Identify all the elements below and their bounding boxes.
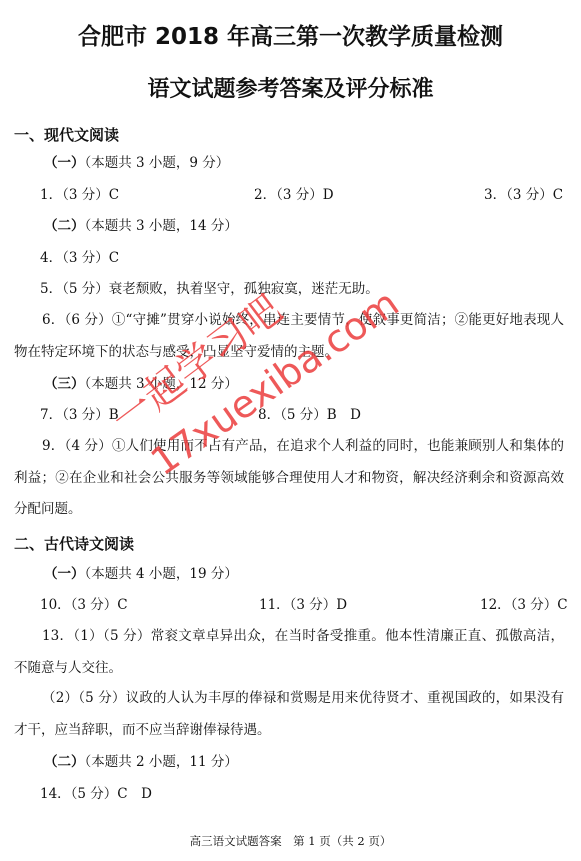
answer-3: 3．（3 分）C [484, 187, 563, 203]
part-label: （一） [44, 155, 85, 171]
answer-14: 14．（5 分）C D [40, 786, 152, 802]
answer-13-2: （2）（5 分）议政的人认为丰厚的俸禄和赏赐是用来优待贤才、重视国政的，如果没有… [14, 683, 564, 746]
answer-7: 7．（3 分）B [40, 407, 119, 423]
part-info: （本题共 2 小题，11 分） [85, 754, 238, 770]
answer-4: 4．（3 分）C [40, 250, 119, 266]
section-heading-modern-reading: 一、现代文阅读 [14, 124, 119, 145]
part-header: （一）（本题共 3 小题，9 分） [44, 155, 229, 171]
part-info: （本题共 4 小题，19 分） [85, 566, 238, 582]
answer-2: 2．（3 分）D [254, 187, 334, 203]
answer-11: 11．（3 分）D [259, 597, 347, 613]
part-label: （二） [44, 754, 85, 770]
page-footer: 高三语文试题答案 第 1 页（共 2 页） [0, 833, 581, 849]
part-label: （一） [44, 566, 85, 582]
answer-12: 12．（3 分）C [480, 597, 568, 613]
answer-5: 5．（5 分）衰老颓败，执着坚守，孤独寂寞，迷茫无助。 [40, 281, 379, 297]
part-info: （本题共 3 小题，14 分） [85, 218, 238, 234]
part-header: （一）（本题共 4 小题，19 分） [44, 566, 238, 582]
document-subtitle: 语文试题参考答案及评分标准 [0, 72, 581, 103]
part-label: （二） [44, 218, 85, 234]
answer-1: 1．（3 分）C [40, 187, 119, 203]
part-info: （本题共 3 小题，9 分） [85, 155, 230, 171]
part-header: （三）（本题共 3 小题，12 分） [44, 376, 238, 392]
answer-9: 9．（4 分）①人们使用而不占有产品，在追求个人利益的同时，也能兼顾别人和集体的… [14, 431, 564, 526]
part-header: （二）（本题共 2 小题，11 分） [44, 754, 238, 770]
part-label: （三） [44, 376, 85, 392]
document-title: 合肥市 2018 年高三第一次教学质量检测 [0, 18, 581, 51]
section-heading-classical-reading: 二、古代诗文阅读 [14, 533, 134, 554]
part-info: （本题共 3 小题，12 分） [85, 376, 238, 392]
part-header: （二）（本题共 3 小题，14 分） [44, 218, 238, 234]
answer-8: 8．（5 分）B D [258, 407, 361, 423]
answer-13-1: 13．（1）（5 分）常衮文章卓异出众，在当时备受推重。他本性清廉正直、孤傲高洁… [14, 621, 564, 684]
answer-6: 6．（6 分）①“守摊”贯穿小说始终，串连主要情节，使叙事更简洁；②能更好地表现… [14, 305, 564, 368]
answer-10: 10．（3 分）C [40, 597, 128, 613]
